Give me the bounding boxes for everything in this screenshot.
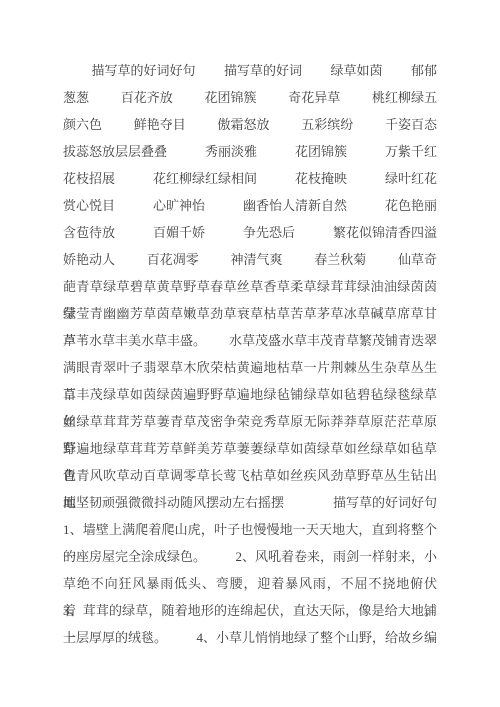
text-segment: 花红柳绿红绿相间 <box>153 165 257 192</box>
text-line: 一层厚厚的绒毯。4、小草儿悄悄地绿了整个山野，给故乡编 <box>63 624 437 651</box>
text-segment: 一层厚厚的绒毯。 <box>63 624 167 651</box>
text-line: 颜六色鲜艳夺目傲霜怒放五彩缤纷千姿百态 <box>63 111 437 138</box>
text-segment: 花色艳丽 <box>385 192 437 219</box>
text-line: 满眼青翠叶子翡翠草木欣荣枯黄遍地枯草一片荆棘丛生杂草丛生百 <box>63 354 437 381</box>
document-content: 描写草的好词好句描写草的好词绿草如茵郁郁葱葱百花齐放花团锦簇奇花异草桃红柳绿五颜… <box>63 57 437 651</box>
text-line: 草绝不向狂风暴雨低头、弯腰，迎着暴风雨，不屈不挠地俯伏着。 <box>63 570 437 597</box>
text-segment: 万紫千红 <box>385 138 437 165</box>
text-segment: 郁郁 <box>411 57 437 84</box>
text-segment: 含苞待放 <box>63 219 115 246</box>
text-line: 芦苇水草丰美水草丰盛。水草茂盛水草丰茂青草繁茂铺青迭翠 <box>63 327 437 354</box>
text-segment: 仙草奇 <box>398 246 437 273</box>
text-segment: 面坚韧顽强微微抖动随风摆动左右摇摆 <box>63 489 284 516</box>
text-segment: 水草茂盛水草丰茂青草繁茂铺青迭翠 <box>229 327 437 354</box>
text-segment: 秀丽淡雅 <box>205 138 257 165</box>
text-line: 莹莹青幽幽芳草茵草嫩草劲草衰草枯草苦草茅草冰草碱草席草甘草 <box>63 300 437 327</box>
text-segment: 傲霜怒放 <box>217 111 269 138</box>
text-segment: 百媚千娇 <box>153 219 205 246</box>
text-line: 面坚韧顽强微微抖动随风摆动左右摇摆描写草的好词好句 <box>63 489 437 516</box>
text-segment: 花枝招展 <box>63 165 115 192</box>
text-segment: 颜六色 <box>63 111 102 138</box>
text-segment: 五彩缤纷 <box>301 111 353 138</box>
text-line: 娇艳动人百花凋零神清气爽春兰秋菊仙草奇 <box>63 246 437 273</box>
text-line: 草遍地绿草茸茸芳草鲜美芳草萋萋绿草如茵绿草如丝绿草如毡草色 <box>63 435 437 462</box>
text-segment: 幽香怡人清新自然 <box>243 192 347 219</box>
text-segment: 神清气爽 <box>230 246 282 273</box>
text-segment: 花团锦簇 <box>295 138 347 165</box>
text-segment: 一座房屋完全涂成绿色。 <box>63 543 206 570</box>
text-segment: 赏心悦目 <box>63 192 115 219</box>
text-segment: 拔蕊怒放层层叠叠 <box>63 138 167 165</box>
text-segment: 繁花似锦清香四溢 <box>333 219 437 246</box>
text-segment: 描写草的好词好句 <box>333 489 437 516</box>
text-segment: 葱葱 <box>63 84 89 111</box>
text-segment: 娇艳动人 <box>63 246 115 273</box>
text-segment: 百花凋零 <box>147 246 199 273</box>
text-line: 丝绿草茸茸芳草萋青草茂密争荣竞秀草原无际莽莽草原茫茫草原野 <box>63 408 437 435</box>
text-segment: 2、风吼着卷来，雨剑一样射来，小 <box>235 543 437 570</box>
text-line: 花枝招展花红柳绿红绿相间花枝掩映绿叶红花 <box>63 165 437 192</box>
text-segment: 春兰秋菊 <box>314 246 366 273</box>
text-segment: 千姿百态 <box>385 111 437 138</box>
text-line: 含苞待放百媚千娇争先恐后繁花似锦清香四溢 <box>63 219 437 246</box>
text-segment: 绿草如茵 <box>330 57 382 84</box>
text-segment: 鲜艳夺目 <box>134 111 186 138</box>
text-segment: 花团锦簇 <box>204 84 256 111</box>
text-segment: 百花齐放 <box>121 84 173 111</box>
document-page: 描写草的好词好句描写草的好词绿草如茵郁郁葱葱百花齐放花团锦簇奇花异草桃红柳绿五颜… <box>0 0 500 707</box>
text-line: 一座房屋完全涂成绿色。2、风吼着卷来，雨剑一样射来，小 <box>63 543 437 570</box>
text-segment: 芦苇水草丰美水草丰盛。 <box>63 327 206 354</box>
text-line: 描写草的好词好句描写草的好词绿草如茵郁郁 <box>63 57 437 84</box>
text-line: 葩青草绿草碧草黄草野草春草丝草香草柔草绿茸茸绿油油绿茵茵绿 <box>63 273 437 300</box>
text-line: 草丰茂绿草如茵绿茵遍野野草遍地绿毡铺绿草如毡碧毡绿毯绿草如 <box>63 381 437 408</box>
text-segment: 争先恐后 <box>243 219 295 246</box>
text-segment: 心旷神怡 <box>153 192 205 219</box>
text-line: 1、墙壁上满爬着爬山虎，叶子也慢慢地一天天地大，直到将整个的 <box>63 516 437 543</box>
text-line: 3、茸茸的绿草，随着地形的连绵起伏，直达天际，像是给大地铺上 <box>63 597 437 624</box>
text-segment: 花枝掩映 <box>295 165 347 192</box>
text-segment: 绿叶红花 <box>385 165 437 192</box>
text-segment: 4、小草儿悄悄地绿了整个山野，给故乡编 <box>196 624 437 651</box>
text-line: 葱葱百花齐放花团锦簇奇花异草桃红柳绿五 <box>63 84 437 111</box>
text-segment: 奇花异草 <box>288 84 340 111</box>
text-segment: 桃红柳绿五 <box>372 84 437 111</box>
text-line: 青青风吹草动百草调零草长莺飞枯草如丝疾风劲草野草丛生钻出地 <box>63 462 437 489</box>
text-segment: 描写草的好词好句 <box>91 57 195 84</box>
text-line: 赏心悦目心旷神怡幽香怡人清新自然花色艳丽 <box>63 192 437 219</box>
text-segment: 描写草的好词 <box>224 57 302 84</box>
text-line: 拔蕊怒放层层叠叠秀丽淡雅花团锦簇万紫千红 <box>63 138 437 165</box>
